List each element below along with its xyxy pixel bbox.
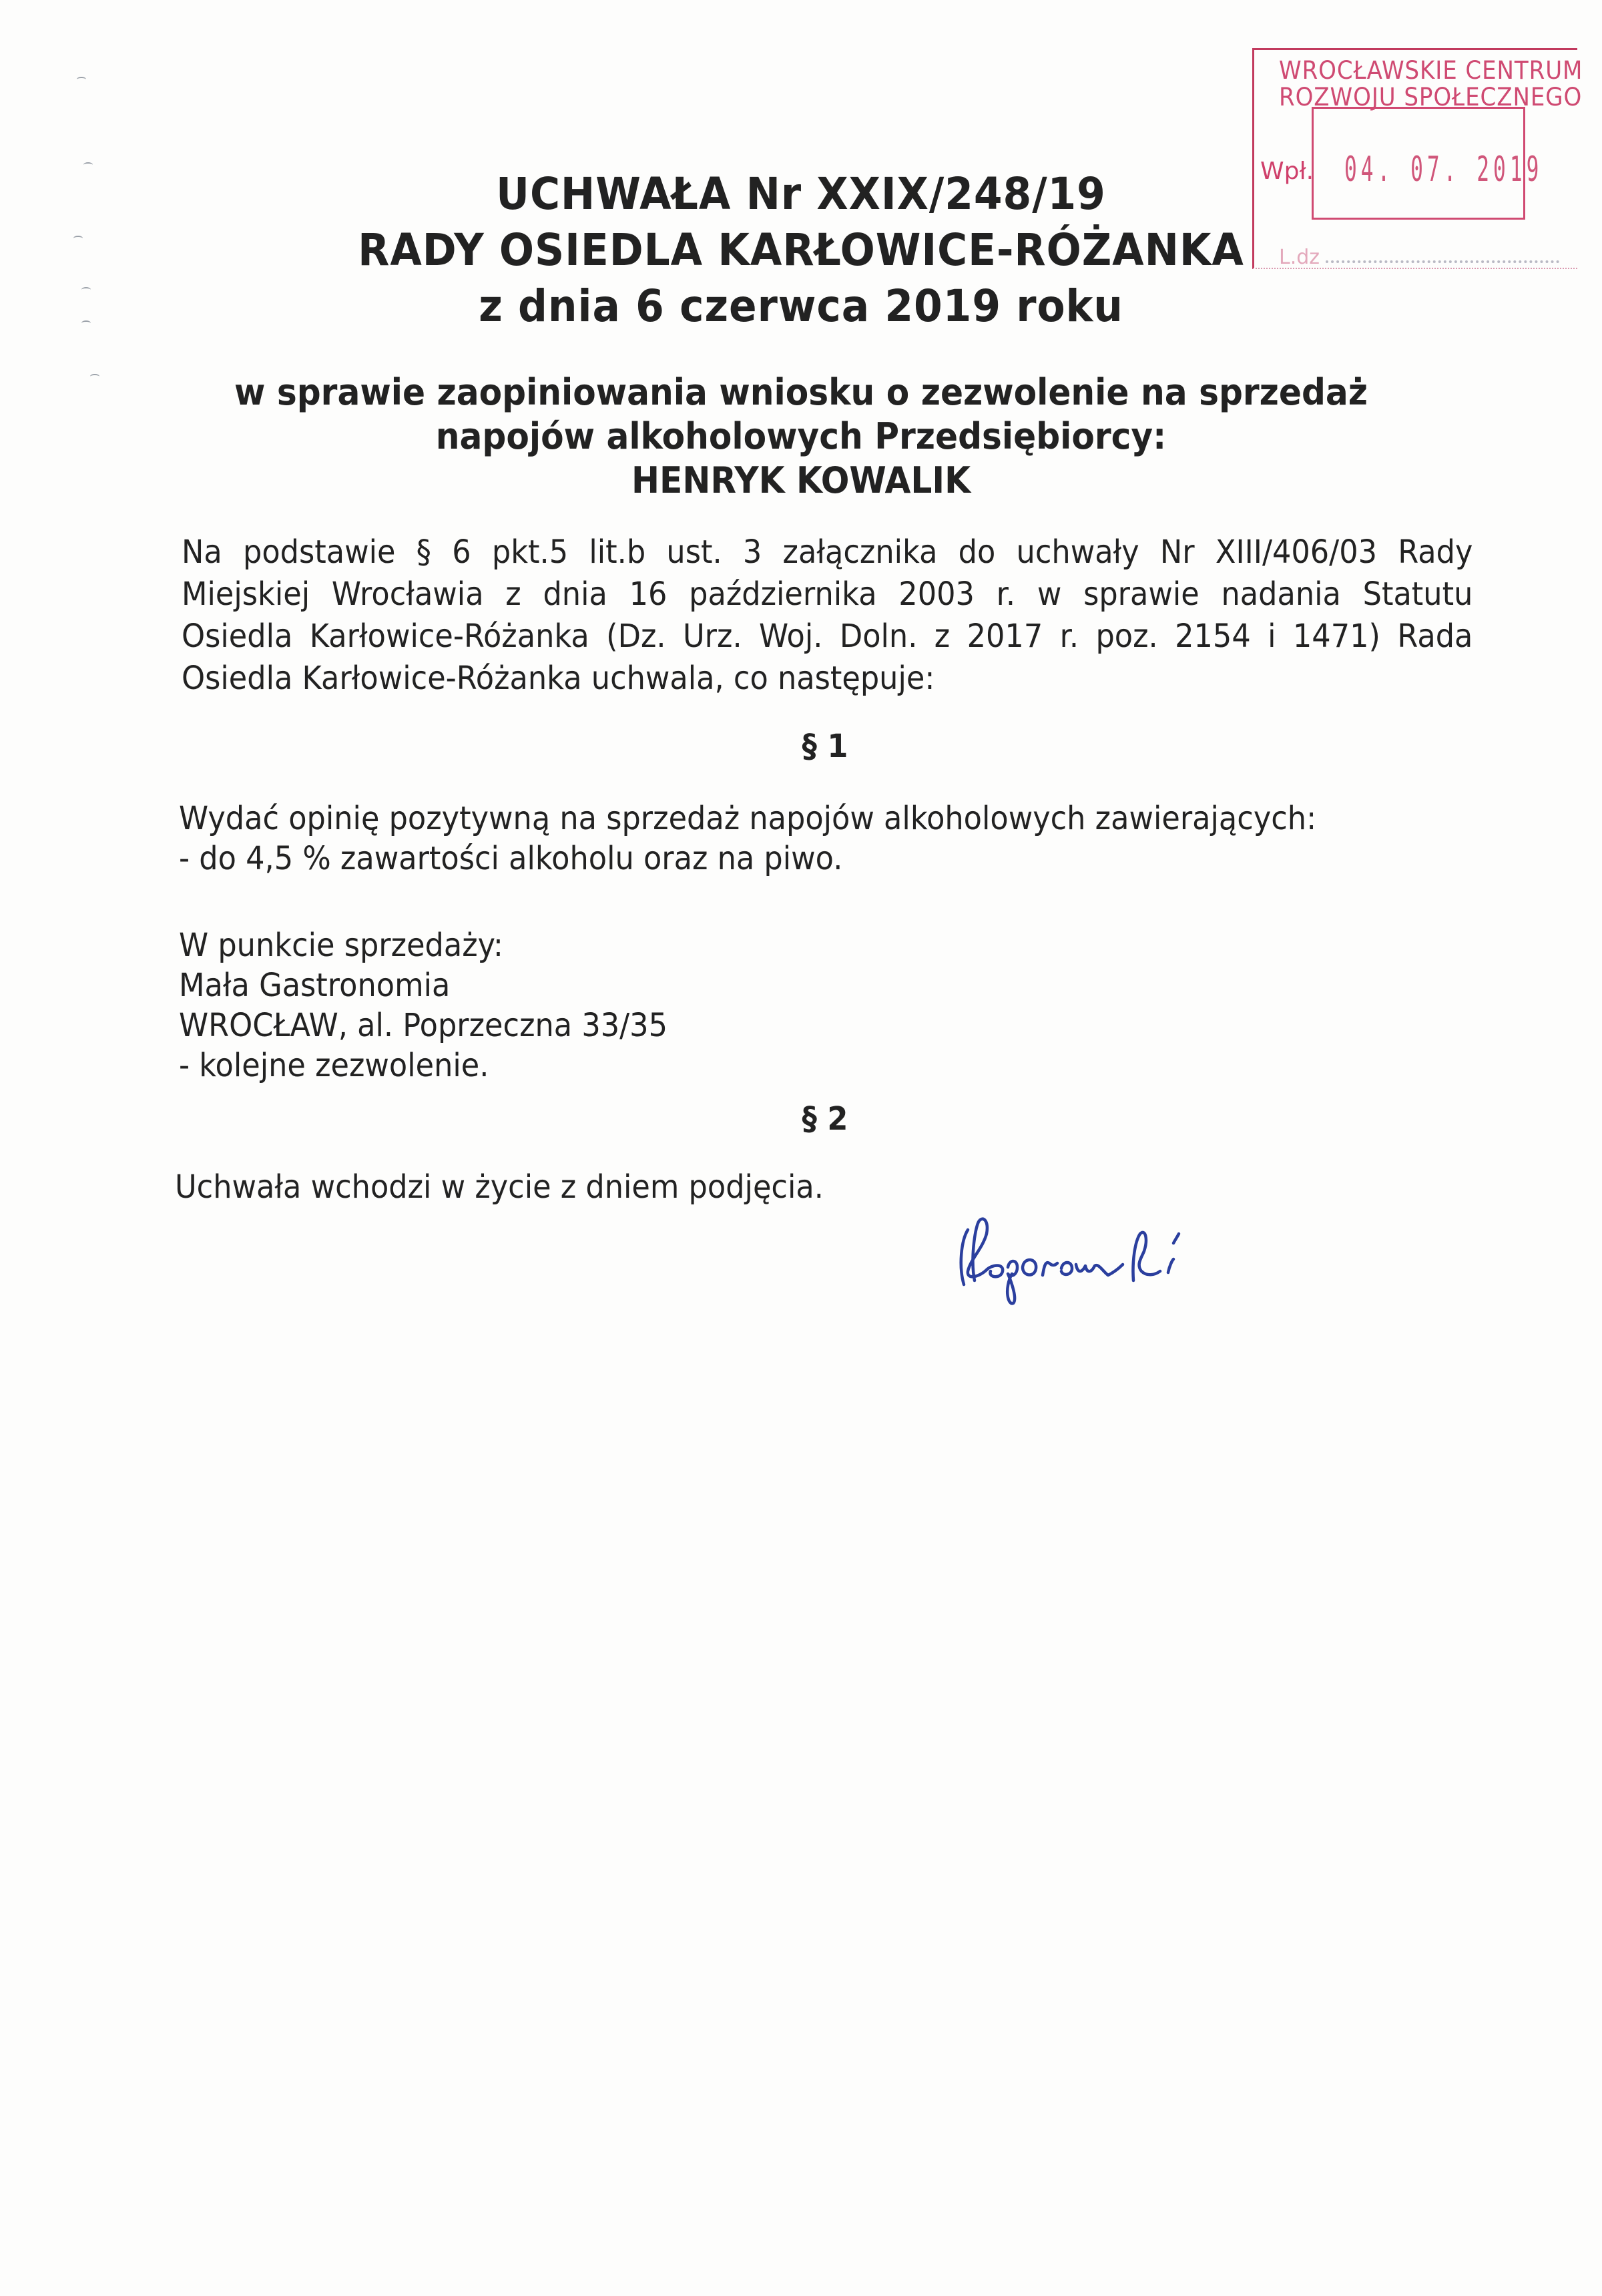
document-page: WROCŁAWSKIE CENTRUM ROZWOJU SPOŁECZNEGO … [0, 0, 1602, 2296]
section-1-opinion: Wydać opinię pozytywną na sprzedaż napoj… [179, 800, 1316, 837]
section-1-place-name: Mała Gastronomia [179, 967, 450, 1004]
section-1-scope: - do 4,5 % zawartości alkoholu oraz na p… [179, 840, 842, 877]
preamble-line: Osiedla Karłowice-Różanka uchwala, co na… [182, 658, 1473, 700]
document-title: UCHWAŁA Nr XXIX/248/19 [56, 168, 1546, 220]
preamble-line: Osiedla Karłowice-Różanka (Dz. Urz. Woj.… [182, 616, 1473, 658]
subject-entrepreneur: HENRYK KOWALIK [56, 459, 1546, 501]
section-2-text: Uchwała wchodzi w życie z dniem podjęcia… [175, 1168, 824, 1206]
margin-mark [83, 162, 93, 168]
subject-line-2: napojów alkoholowych Przedsiębiorcy: [56, 415, 1546, 457]
preamble-line: Na podstawie § 6 pkt.5 lit.b ust. 3 załą… [182, 531, 1473, 573]
stamp-line1: WROCŁAWSKIE CENTRUM [1279, 57, 1549, 84]
section-1-mark: § 1 [80, 728, 1570, 765]
section-1-place-label: W punkcie sprzedaży: [179, 927, 503, 964]
section-1-place-note: - kolejne zezwolenie. [179, 1047, 489, 1084]
document-issuer: RADY OSIEDLA KARŁOWICE-RÓŻANKA [56, 224, 1546, 276]
section-1-place-address: WROCŁAW, al. Poprzeczna 33/35 [179, 1007, 667, 1044]
preamble-line: Miejskiej Wrocławia z dnia 16 październi… [182, 573, 1473, 616]
preamble: Na podstawie § 6 pkt.5 lit.b ust. 3 załą… [182, 531, 1473, 700]
stamp-header: WROCŁAWSKIE CENTRUM ROZWOJU SPOŁECZNEGO [1279, 57, 1549, 111]
handwritten-signature [948, 1202, 1242, 1315]
subject-line-1: w sprawie zaopiniowania wniosku o zezwol… [56, 371, 1546, 413]
margin-mark [77, 77, 86, 82]
document-date: z dnia 6 czerwca 2019 roku [56, 280, 1546, 332]
section-2-mark: § 2 [80, 1100, 1570, 1138]
